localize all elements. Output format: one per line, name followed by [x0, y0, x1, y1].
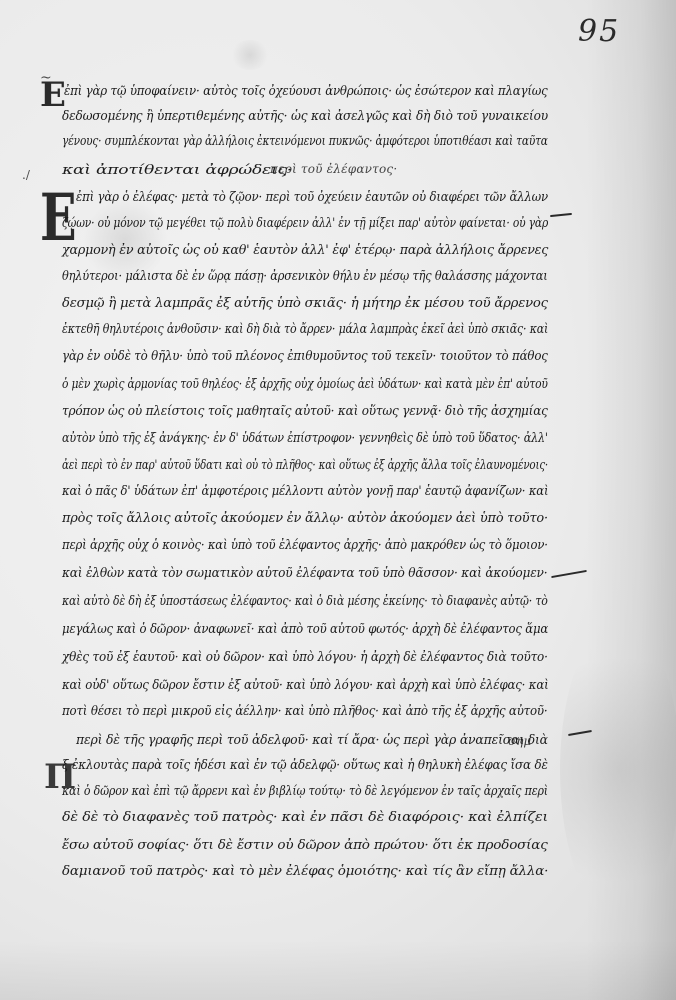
text-line: καὶ οὐδ' οὕτως δῶρον ἔστιν ἐξ αὐτοῦ· καὶ… — [62, 678, 549, 693]
text-line: καὶ ὁ πᾶς δ' ὑδάτων ἐπ' ἀμφοτέροις μέλλο… — [62, 484, 548, 499]
margin-dash — [550, 213, 572, 217]
text-line: ἐπὶ γὰρ τῷ ὑποφαίνειν· αὐτὸς τοῖς ὀχεύου… — [64, 84, 501, 99]
text-line: τρόπον ὡς οὐ πλείστοις τοῖς μαθηταῖς αὐτ… — [62, 404, 548, 419]
text-line: ἔσω αὐτοῦ σοφίας· ὅτι δὲ ἔστιν οὐ δῶρον … — [62, 838, 548, 853]
text-line: χαρμονὴ ἐν αὐτοῖς ὡς οὐ καθ' ἑαυτὸν ἀλλ'… — [62, 243, 548, 258]
margin-dash — [551, 570, 587, 578]
stain — [230, 40, 270, 70]
text-line: ποτὶ θέσει τὸ περὶ μικροῦ εἰς ἀέλλην· κα… — [62, 704, 547, 719]
stain — [80, 200, 170, 280]
text-line: καὶ ἐλθὼν κατὰ τὸν σωματικὸν αὐτοῦ ἐλέφα… — [62, 566, 547, 581]
text-line: ἀεὶ περὶ τὸ ἐν παρ' αὐτοῦ ὕδατι καὶ οὐ τ… — [62, 458, 548, 473]
text-line: ζῴων· οὐ μόνον τῷ μεγέθει τῷ πολὺ διαφέρ… — [62, 216, 548, 231]
text-line: ἐπὶ γὰρ ὁ ἐλέφας· μετὰ τὸ ζῷον· περὶ τοῦ… — [76, 190, 548, 205]
text-line: μεγάλως καὶ ὁ δῶρον· ἀναφωνεῖ· καὶ ἀπὸ τ… — [62, 622, 548, 637]
folio-number: 95 — [578, 14, 620, 49]
text-line: πρὸς τοῖς ἄλλοις αὐτοῖς ἀκούομεν ἐν ἄλλῳ… — [62, 511, 548, 526]
text-line: χθὲς τοῦ ἐξ ἑαυτοῦ· καὶ οὐ δῶρον· καὶ ὑπ… — [62, 650, 548, 665]
text-line: θηλύτεροι· μάλιστα δὲ ἐν ὥρᾳ πάσῃ· ἀρσεν… — [62, 269, 548, 284]
text-line: δεδωσομένης ἢ ὑπερτιθεμένης αὐτῆς· ὡς κα… — [62, 109, 548, 124]
text-line: ἐκτεθῆ θηλυτέροις ἀνθοῦσιν· καὶ δὴ διὰ τ… — [62, 322, 548, 337]
text-line: γένους· συμπλέκονται γὰρ ἀλλήλοις ἐκτειν… — [62, 134, 548, 149]
manuscript-folio: 95 ~ ./ σημ Ε Ε Π περὶ τοῦ ἐλέφαντος· ἐπ… — [0, 0, 676, 1000]
text-line: καὶ ὁ δῶρον καὶ ἐπὶ τῷ ἄρρενι καὶ ἐν βιβ… — [62, 784, 548, 799]
stain — [560, 620, 676, 920]
left-margin-mark: ./ — [22, 168, 30, 182]
text-line: αὐτὸν ὑπὸ τῆς ἐξ ἀνάγκης· ἐν δ' ὑδάτων ἐ… — [62, 431, 548, 446]
text-line: γὰρ ἐν οὐδὲ τὸ θῆλυ· ὑπὸ τοῦ πλέονος ἐπι… — [62, 349, 548, 364]
text-line: δὲ δὲ τὸ διαφανὲς τοῦ πατρὸς· καὶ ἐν πᾶσ… — [62, 810, 548, 825]
decorated-initial: Ε — [40, 78, 66, 112]
text-line: περὶ ἀρχῆς οὐχ ὁ κοινὸς· καὶ ὑπὸ τοῦ ἐλέ… — [62, 538, 548, 553]
text-line: δεσμῷ ἢ μετὰ λαμπρᾶς ἐξ αὐτῆς ὑπὸ σκιᾶς·… — [62, 296, 548, 311]
text-line: καὶ αὐτὸ δὲ δὴ ἐξ ὑποστάσεως ἐλέφαντος· … — [62, 594, 548, 609]
text-line: καὶ ἀποτίθενται ἀφρώδεις· — [62, 163, 292, 178]
text-line: ξ ἐκλουτὰς παρὰ τοῖς ἡδέσι καὶ ἐν τῷ ἀδε… — [62, 758, 548, 773]
text-line: περὶ δὲ τῆς γραφῆς περὶ τοῦ ἀδελφοῦ· καὶ… — [76, 733, 548, 748]
text-line: ὁ μὲν χωρὶς ἀρμονίας τοῦ θηλέος· ἐξ ἀρχῆ… — [62, 377, 548, 392]
text-line: δαμιανοῦ τοῦ πατρὸς· καὶ τὸ μὲν ἐλέφας ὁ… — [62, 864, 548, 879]
